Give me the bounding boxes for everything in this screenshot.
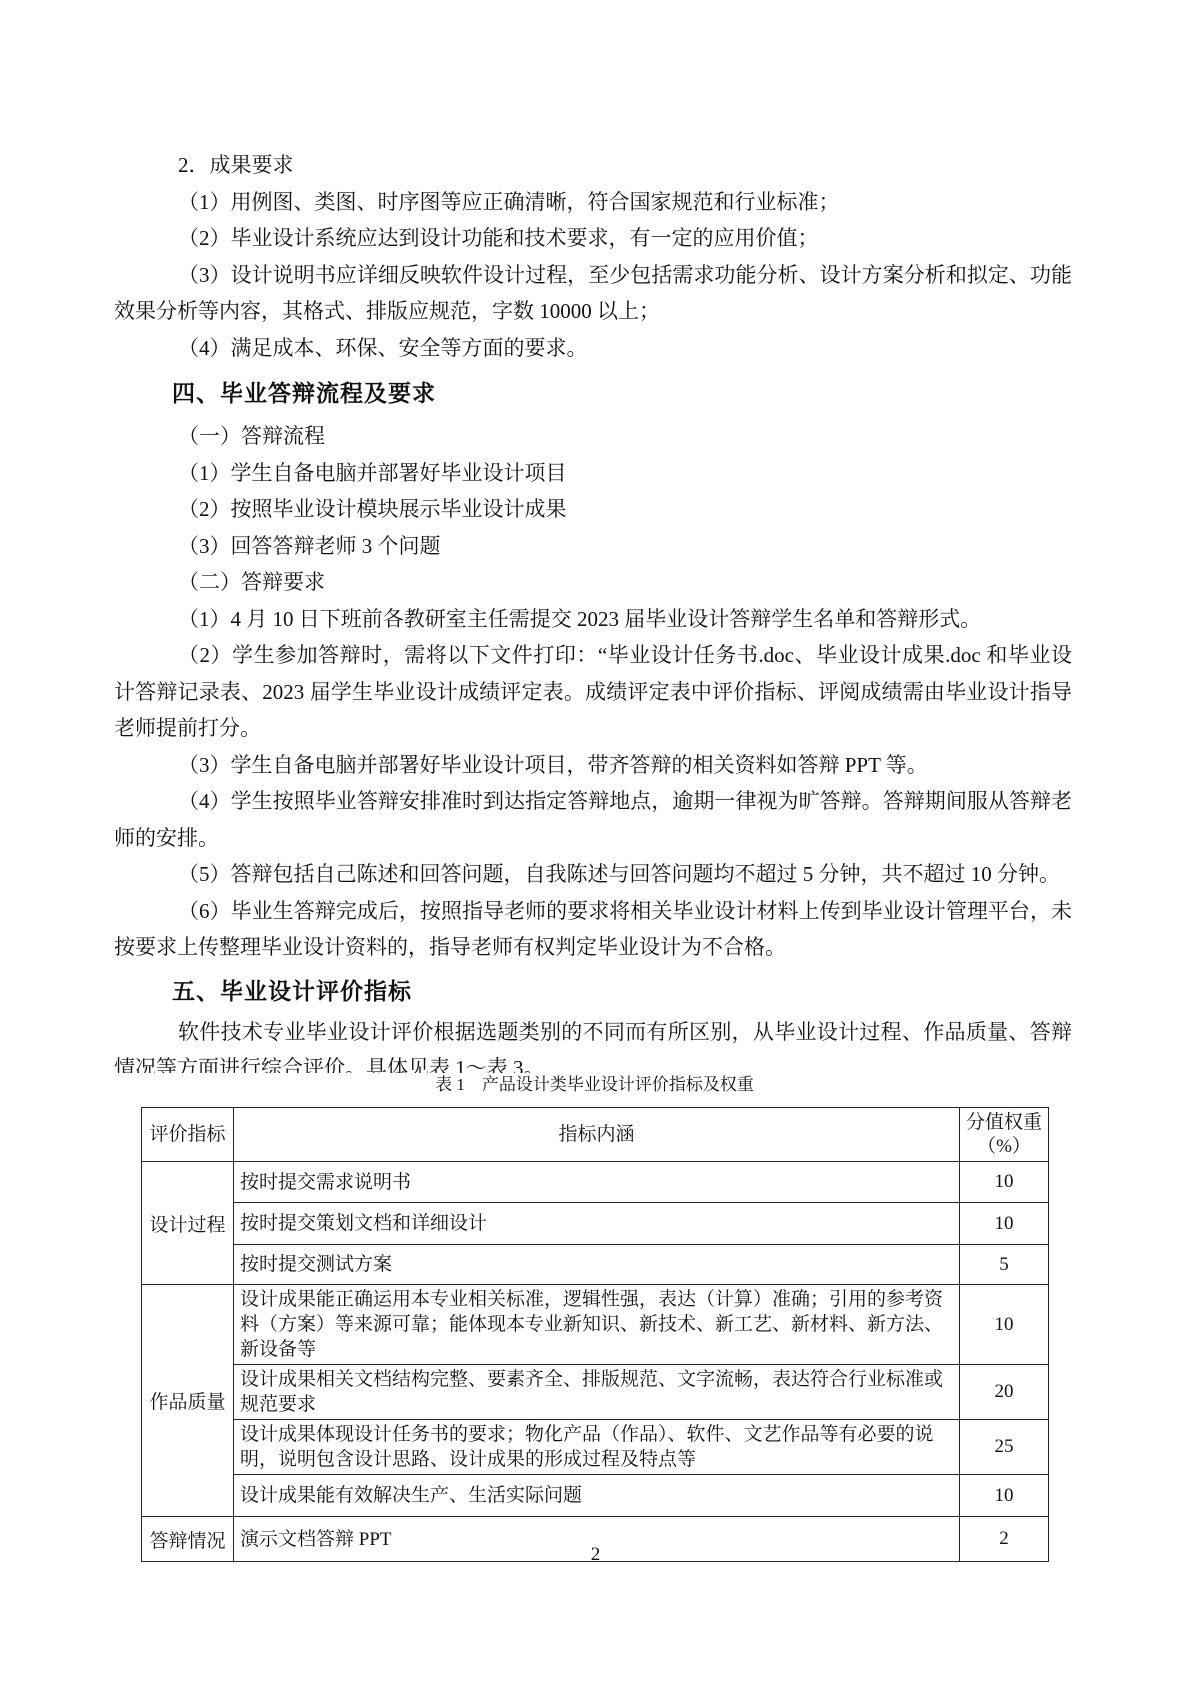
list-paragraph: （2）学生参加答辩时，需将以下文件打印：“毕业设计任务书.doc、毕业设计成果.… [114, 637, 1072, 747]
weight-header-line1: 分值权重 [966, 1112, 1042, 1133]
table-row: 设计过程 按时提交需求说明书 10 [142, 1162, 1049, 1203]
section-5-heading: 五、毕业设计评价指标 [172, 974, 1072, 1008]
list-paragraph: （2）按照毕业设计模块展示毕业设计成果 [114, 491, 1072, 528]
list-paragraph: （1）4 月 10 日下班前各教研室主任需提交 2023 届毕业设计答辩学生名单… [114, 601, 1072, 638]
indicator-content-cell: 设计成果能有效解决生产、生活实际问题 [234, 1475, 960, 1517]
item-2-title: 2．成果要求 [114, 147, 1072, 184]
page-number: 2 [0, 1544, 1191, 1566]
indicator-content-cell: 设计成果体现设计任务书的要求；物化产品（作品）、软件、文艺作品等有必要的说明，说… [234, 1420, 960, 1475]
indicator-content-cell: 设计成果能正确运用本专业相关标准，逻辑性强，表达（计算）准确；引用的参考资料（方… [234, 1285, 960, 1365]
section-4-heading: 四、毕业答辩流程及要求 [172, 376, 1072, 410]
group-cell: 作品质量 [142, 1285, 234, 1517]
evaluation-table: 评价指标 指标内涵 分值权重（%） 设计过程 按时提交需求说明书 10 按时提交… [141, 1107, 1049, 1562]
table-row: 作品质量 设计成果能正确运用本专业相关标准，逻辑性强，表达（计算）准确；引用的参… [142, 1285, 1049, 1365]
indicator-content-cell: 按时提交策划文档和详细设计 [234, 1203, 960, 1245]
body-content: 2．成果要求 （1）用例图、类图、时序图等应正确清晰，符合国家规范和行业标准； … [114, 147, 1072, 1073]
table-header-row: 评价指标 指标内涵 分值权重（%） [142, 1108, 1049, 1162]
weight-cell: 10 [960, 1203, 1049, 1245]
table-row: 设计成果能有效解决生产、生活实际问题 10 [142, 1475, 1049, 1517]
weight-cell: 25 [960, 1420, 1049, 1475]
list-paragraph: （1）学生自备电脑并部署好毕业设计项目 [114, 455, 1072, 492]
indicator-content-cell: 按时提交需求说明书 [234, 1162, 960, 1203]
weight-cell: 10 [960, 1285, 1049, 1365]
indicator-content-cell: 设计成果相关文档结构完整、要素齐全、排版规范、文字流畅，表达符合行业标准或规范要… [234, 1365, 960, 1420]
list-paragraph: （6）毕业生答辩完成后，按照指导老师的要求将相关毕业设计材料上传到毕业设计管理平… [114, 893, 1072, 966]
weight-header-line2: （%） [977, 1136, 1031, 1157]
list-paragraph: （2）毕业设计系统应达到设计功能和技术要求，有一定的应用价值； [114, 220, 1072, 257]
list-paragraph: （1）用例图、类图、时序图等应正确清晰，符合国家规范和行业标准； [114, 184, 1072, 221]
list-paragraph: （3）回答答辩老师 3 个问题 [114, 528, 1072, 565]
table-row: 按时提交策划文档和详细设计 10 [142, 1203, 1049, 1245]
section-5-intro: 软件技术专业毕业设计评价根据选题类别的不同而有所区别，从毕业设计过程、作品质量、… [114, 1014, 1072, 1074]
list-paragraph: （4）学生按照毕业答辩安排准时到达指定答辩地点，逾期一律视为旷答辩。答辩期间服从… [114, 783, 1072, 856]
weight-cell: 10 [960, 1475, 1049, 1517]
table-1-caption: 表 1 产品设计类毕业设计评价指标及权重 [141, 1075, 1048, 1095]
col-header-content: 指标内涵 [234, 1108, 960, 1162]
weight-cell: 5 [960, 1245, 1049, 1285]
col-header-weight: 分值权重（%） [960, 1108, 1049, 1162]
indicator-content-cell: 按时提交测试方案 [234, 1245, 960, 1285]
list-paragraph: （3）设计说明书应详细反映软件设计过程，至少包括需求功能分析、设计方案分析和拟定… [114, 257, 1072, 330]
list-paragraph: （二）答辩要求 [114, 564, 1072, 601]
table-1-block: 表 1 产品设计类毕业设计评价指标及权重 评价指标 指标内涵 分值权重（%） 设… [141, 1075, 1048, 1562]
document-page: 2．成果要求 （1）用例图、类图、时序图等应正确清晰，符合国家规范和行业标准； … [0, 0, 1191, 1684]
table-row: 设计成果体现设计任务书的要求；物化产品（作品）、软件、文艺作品等有必要的说明，说… [142, 1420, 1049, 1475]
list-paragraph: （3）学生自备电脑并部署好毕业设计项目，带齐答辩的相关资料如答辩 PPT 等。 [114, 747, 1072, 784]
weight-cell: 20 [960, 1365, 1049, 1420]
col-header-indicator: 评价指标 [142, 1108, 234, 1162]
group-cell: 设计过程 [142, 1162, 234, 1285]
list-paragraph: （一）答辩流程 [114, 418, 1072, 455]
weight-cell: 10 [960, 1162, 1049, 1203]
table-row: 设计成果相关文档结构完整、要素齐全、排版规范、文字流畅，表达符合行业标准或规范要… [142, 1365, 1049, 1420]
list-paragraph: （5）答辩包括自己陈述和回答问题，自我陈述与回答问题均不超过 5 分钟，共不超过… [114, 856, 1072, 893]
table-row: 按时提交测试方案 5 [142, 1245, 1049, 1285]
list-paragraph: （4）满足成本、环保、安全等方面的要求。 [114, 330, 1072, 367]
